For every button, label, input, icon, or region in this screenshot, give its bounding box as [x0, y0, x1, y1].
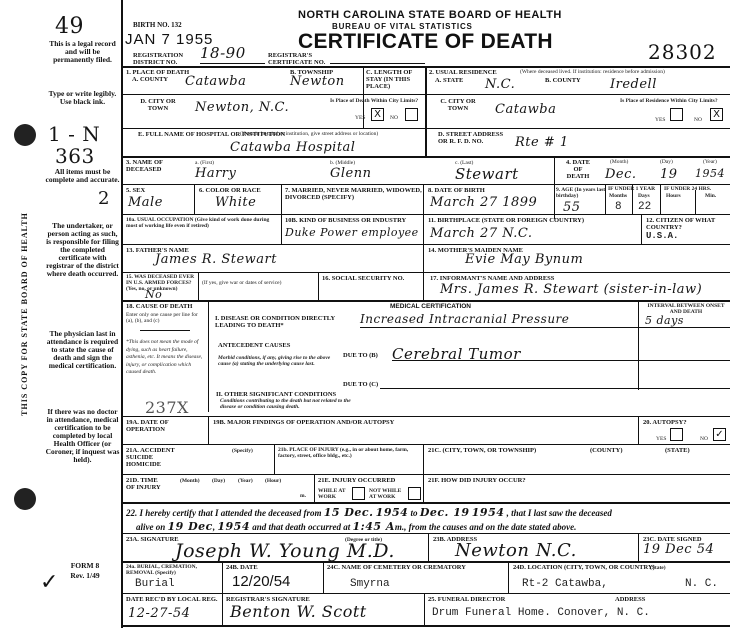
physician-signature: Joseph W. Young M.D.: [175, 540, 395, 562]
business-label: 10b. KIND OF BUSINESS OR INDUSTRY: [285, 217, 423, 224]
reg-district-label: REGISTRATION DISTRICT NO.: [133, 52, 203, 66]
margin-mark: 2: [98, 188, 110, 209]
page-number: 49: [55, 14, 84, 39]
cert-alive-year: 1954: [217, 520, 250, 533]
residence-county: Iredell: [610, 77, 657, 92]
burial-location: Rt-2 Catawba,: [522, 578, 608, 590]
cert-occurred-label: and that death occurred at: [252, 522, 350, 532]
street-label: d. STREET ADDRESS or R. F. D. NO.: [438, 131, 508, 145]
cause-footnote: *This does not mean the mode of dying, s…: [126, 339, 206, 377]
year-label: (Year): [703, 159, 717, 165]
medical-section-label: MEDICAL CERTIFICATION: [390, 303, 471, 310]
yes-label: YES: [656, 436, 666, 442]
autopsy-no-checkbox[interactable]: ✓: [713, 428, 726, 441]
funeral-director: Drum Funeral Home. Conover, N. C.: [432, 607, 650, 619]
middle-name: Glenn: [330, 166, 371, 181]
death-year: 1954: [695, 167, 725, 180]
occupation-label: 10a. USUAL OCCUPATION (Give kind of work…: [126, 217, 281, 229]
cemetery-name: Smyrna: [350, 578, 390, 590]
cause-a: Increased Intracranial Pressure: [360, 312, 569, 326]
residence-note: (Where deceased lived. If institution: r…: [520, 69, 730, 75]
age-years: 55: [563, 200, 581, 215]
cert-to: Dec. 19: [420, 506, 470, 519]
race-label: 6. COLOR OR RACE: [199, 187, 261, 194]
punch-hole: [14, 488, 36, 510]
death-within-city-no-checkbox[interactable]: [405, 108, 418, 121]
death-township: Newton: [290, 74, 345, 89]
cause-code: 237X: [145, 398, 189, 417]
registrar-signature: Benton W. Scott: [230, 602, 367, 621]
informant-label: 17. INFORMANT'S NAME AND ADDRESS: [430, 275, 554, 282]
injury-place-label: 21b. PLACE OF INJURY (e.g., in or about …: [278, 447, 423, 459]
age-days: 22: [638, 201, 651, 213]
certificate-number: 28302: [648, 40, 717, 64]
birthplace-label: 11. BIRTHPLACE (State or foreign country…: [428, 217, 584, 224]
residence-within-city-yes-checkbox[interactable]: [670, 108, 683, 121]
hour-label: (Hour): [265, 478, 281, 484]
autopsy-yes-checkbox[interactable]: [670, 428, 683, 441]
dob-label: 8. DATE OF BIRTH: [428, 187, 485, 194]
cert-alive-label: alive on: [136, 522, 165, 532]
cert-to-label: to: [411, 508, 418, 518]
other-conditions-label: II. OTHER SIGNIFICANT CONDITIONS: [216, 391, 336, 398]
min-label: Min.: [705, 193, 716, 199]
cert-from: 15 Dec.: [324, 506, 374, 519]
how-injury-label: 21f. HOW DID INJURY OCCUR?: [428, 477, 526, 484]
not-while-at-work-label: NOT WHILE AT WORK: [369, 488, 407, 500]
date-received: 12-27-54: [128, 606, 190, 621]
death-day: 19: [660, 167, 678, 182]
age-label: 9. AGE (In years last birthday): [556, 187, 606, 199]
date-signed: 19 Dec 54: [643, 542, 714, 557]
antecedent-label: ANTECEDENT CAUSES: [218, 342, 290, 349]
degree-label: (Degree or title): [345, 537, 382, 543]
physician-notice: The physician last in attendance is requ…: [45, 330, 120, 370]
race-value: White: [215, 195, 256, 210]
injury-state-label: (STATE): [665, 447, 690, 454]
complete-notice: All items must be complete and accurate.: [45, 168, 120, 184]
city-label: d. CITY OR TOWN: [138, 98, 178, 112]
ssn-label: 16. SOCIAL SECURITY NO.: [322, 275, 404, 282]
citizen-value: U.S.A.: [646, 231, 678, 241]
injury-city-label: 21c. (CITY, TOWN, OR TOWNSHIP): [428, 447, 536, 454]
hospital-name: Catawba Hospital: [230, 140, 355, 155]
mother-name: Evie May Bynum: [465, 252, 583, 267]
sex-value: Male: [128, 195, 163, 210]
death-city: Newton, N.C.: [195, 100, 289, 115]
within-city-label: Is Place of Death Within City Limits?: [330, 98, 425, 104]
under-1-label: IF UNDER 1 YEAR: [608, 186, 668, 192]
physician-address: Newton N.C.: [455, 540, 577, 561]
type-notice: Type or write legibly. Use black ink.: [45, 90, 120, 106]
death-county: Catawba: [185, 74, 246, 89]
no-label: NO: [700, 436, 708, 442]
board-name: NORTH CAROLINA STATE BOARD OF HEALTH: [298, 9, 562, 21]
no-doctor-notice: If there was no doctor in attendance, me…: [45, 408, 120, 464]
funeral-address-label: ADDRESS: [615, 596, 645, 603]
name-label: 3. NAME OF DECEASED: [126, 159, 176, 173]
injury-county-label: (COUNTY): [590, 447, 623, 454]
last-name: Stewart: [455, 165, 519, 183]
findings-label: 19b. MAJOR FINDINGS OF OPERATION AND/OR …: [213, 419, 394, 426]
hours-label: Hours: [666, 193, 681, 199]
armed-forces-note: (If yes, give war or dates of service): [202, 280, 312, 286]
burial-date-label: 24b. DATE: [226, 564, 258, 571]
months-label: Months: [609, 193, 627, 199]
specify-label: (Specify): [232, 448, 253, 454]
m-label: m.: [300, 493, 306, 499]
legal-notice: This is a legal record and will be perma…: [45, 40, 120, 64]
days-label: Days: [638, 193, 650, 199]
residence-state: N.C.: [485, 77, 515, 92]
form-revision: Rev. 1/49: [60, 572, 110, 580]
business-value: Duke Power employee: [285, 226, 419, 239]
sex-label: 5. SEX: [126, 187, 145, 194]
reg-district-value: 18-90: [200, 44, 246, 62]
certification-line-1: 22. I hereby certify that I attended the…: [126, 506, 612, 519]
death-month: Dec.: [605, 167, 637, 182]
birth-number: Birth No. 132: [133, 22, 182, 29]
cert-alive-on: 19 Dec: [168, 520, 213, 533]
page-title: CERTIFICATE OF DEATH: [298, 30, 553, 54]
informant-value: Mrs. James R. Stewart (sister-in-law): [440, 282, 702, 297]
autopsy-label: 20. AUTOPSY?: [643, 419, 687, 426]
other-conditions-note: Conditions contributing to the death but…: [220, 398, 360, 410]
location-label: 24d. LOCATION (City, town, or country): [513, 564, 655, 571]
date-death-label: 4. DATE OF DEATH: [563, 159, 593, 180]
age-months: 8: [615, 201, 622, 213]
certification-line-2: alive on 19 Dec, 1954 and that death occ…: [136, 520, 576, 533]
funeral-director-label: 25. FUNERAL DIRECTOR: [428, 596, 505, 603]
father-name: James R. Stewart: [155, 252, 277, 267]
not-while-at-work-checkbox[interactable]: [408, 487, 421, 500]
signature-label: 23a. SIGNATURE: [126, 536, 179, 543]
while-at-work-checkbox[interactable]: [352, 487, 365, 500]
stay-label: c. LENGTH OF STAY (in this place): [366, 69, 424, 90]
burial-state: N. C.: [685, 578, 718, 590]
no-label: NO: [694, 117, 702, 123]
county-label: a. COUNTY: [132, 76, 168, 83]
vertical-copy-label: THIS COPY FOR STATE BOARD OF HEALTH: [21, 209, 29, 419]
date-received-label: DATE REC'D BY LOCAL REG.: [126, 596, 224, 603]
residence-street: Rte # 1: [515, 135, 569, 150]
undertaker-notice: The undertaker, or person acting as such…: [45, 222, 120, 278]
interval-a: 5 days: [645, 314, 684, 327]
birthplace-value: March 27 N.C.: [430, 226, 533, 241]
cert-causes-text: m., from the causes and on the date stat…: [395, 522, 577, 532]
form-number: FORM 8: [60, 562, 110, 570]
no-label: NO: [390, 115, 398, 121]
residence-within-city-no-checkbox[interactable]: X: [710, 108, 723, 121]
first-name: Harry: [195, 166, 236, 181]
cause-instructions: Enter only one cause per line for (a), (…: [126, 312, 206, 324]
punch-hole: [14, 124, 36, 146]
day-label: (Day): [212, 478, 225, 484]
cemetery-label: 24c. NAME OF CEMETERY OR CREMATORY: [327, 564, 466, 571]
check-mark: ✓: [40, 570, 59, 595]
date-of-birth: March 27 1899: [430, 195, 537, 210]
month-label: (Month): [180, 478, 200, 484]
res-county-label: b. COUNTY: [545, 77, 581, 84]
burial-type-label: 24a. BURIAL, CREMATION, REMOVAL (Specify…: [126, 564, 221, 576]
cert-suffix: , that I last saw the deceased: [507, 508, 612, 518]
accident-label: 21a. ACCIDENT SUICIDE HOMICIDE: [126, 447, 186, 468]
burial-date: 12/20/54: [232, 573, 290, 590]
due-to-c-label: DUE TO (c): [343, 381, 378, 388]
while-at-work-label: WHILE AT WORK: [318, 488, 348, 500]
citizen-label: 12. CITIZEN OF WHAT COUNTRY?: [646, 217, 730, 231]
due-to-b-label: DUE TO (b): [343, 352, 378, 359]
burial-type: Burial: [135, 578, 175, 590]
condition-label: I. DISEASE OR CONDITION DIRECTLY LEADING…: [215, 315, 335, 329]
under-24-label: IF UNDER 24 HRS.: [664, 186, 730, 192]
injury-time-label: 21d. TIME OF INJURY: [126, 477, 166, 491]
res-city-label: c. CITY OR TOWN: [438, 98, 478, 112]
res-within-city-label: Is Place of Residence Within City Limits…: [620, 98, 730, 104]
yes-label: YES: [655, 117, 665, 123]
cert-from-year: 1954: [376, 506, 409, 519]
hospital-note: (If not in hospital or institution, give…: [240, 131, 430, 137]
marital-label: 7. MARRIED, NEVER MARRIED, WIDOWED, DIVO…: [285, 187, 425, 201]
yes-label: YES: [355, 115, 365, 121]
place-of-death-label: 1. PLACE OF DEATH: [126, 69, 189, 76]
death-within-city-yes-checkbox[interactable]: X: [371, 108, 384, 121]
year-label: (Year): [238, 478, 253, 484]
location-state-label: (State): [650, 565, 666, 571]
margin-code-2: 363: [55, 144, 95, 168]
residence-label: 2. USUAL RESIDENCE: [429, 69, 497, 76]
residence-city: Catawba: [495, 102, 556, 117]
month-label: (Month): [610, 159, 628, 165]
day-label: (Day): [660, 159, 673, 165]
cert-to-year: 1954: [472, 506, 505, 519]
margin-code-1: 1 - N: [48, 122, 100, 146]
operation-date-label: 19a. DATE OF OPERATION: [126, 419, 204, 433]
injury-occurred-label: 21e. INJURY OCCURRED: [318, 477, 395, 484]
cause-of-death-label: 18. CAUSE OF DEATH: [126, 303, 192, 310]
antecedent-note: Morbid conditions, if any, giving rise t…: [218, 355, 338, 367]
res-state-label: a. STATE: [435, 77, 463, 84]
cert-time: 1:45 A: [353, 520, 395, 533]
cert-prefix: 22. I hereby certify that I attended the…: [126, 508, 321, 518]
